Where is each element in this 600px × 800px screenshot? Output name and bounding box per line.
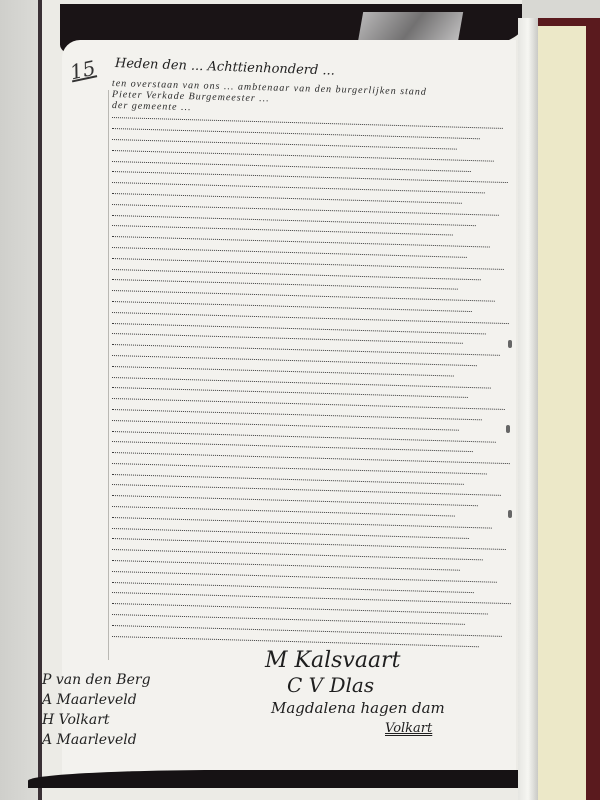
- witness-signatures: P van den Berg A Maarleveld H Volkart A …: [42, 670, 151, 750]
- bottom-shadow-band: [28, 770, 518, 788]
- margin-rule: [108, 90, 109, 660]
- signature: P van den Berg: [42, 670, 151, 690]
- signature: M Kalsvaart: [265, 648, 445, 673]
- signature: Magdalena hagen dam: [271, 699, 445, 717]
- signature: A Maarleveld: [42, 690, 151, 710]
- endpaper: [532, 26, 586, 800]
- signature: Volkart: [385, 721, 445, 736]
- book-binding: [518, 18, 538, 800]
- signature: A Maarleveld: [42, 730, 151, 750]
- party-signatures: M Kalsvaart C V Dlas Magdalena hagen dam…: [265, 648, 445, 736]
- signature: C V Dlas: [287, 673, 445, 697]
- record-body: ten overstaan van ons ... ambtenaar van …: [112, 78, 512, 639]
- facing-page: [0, 0, 42, 800]
- signature: H Volkart: [42, 710, 151, 730]
